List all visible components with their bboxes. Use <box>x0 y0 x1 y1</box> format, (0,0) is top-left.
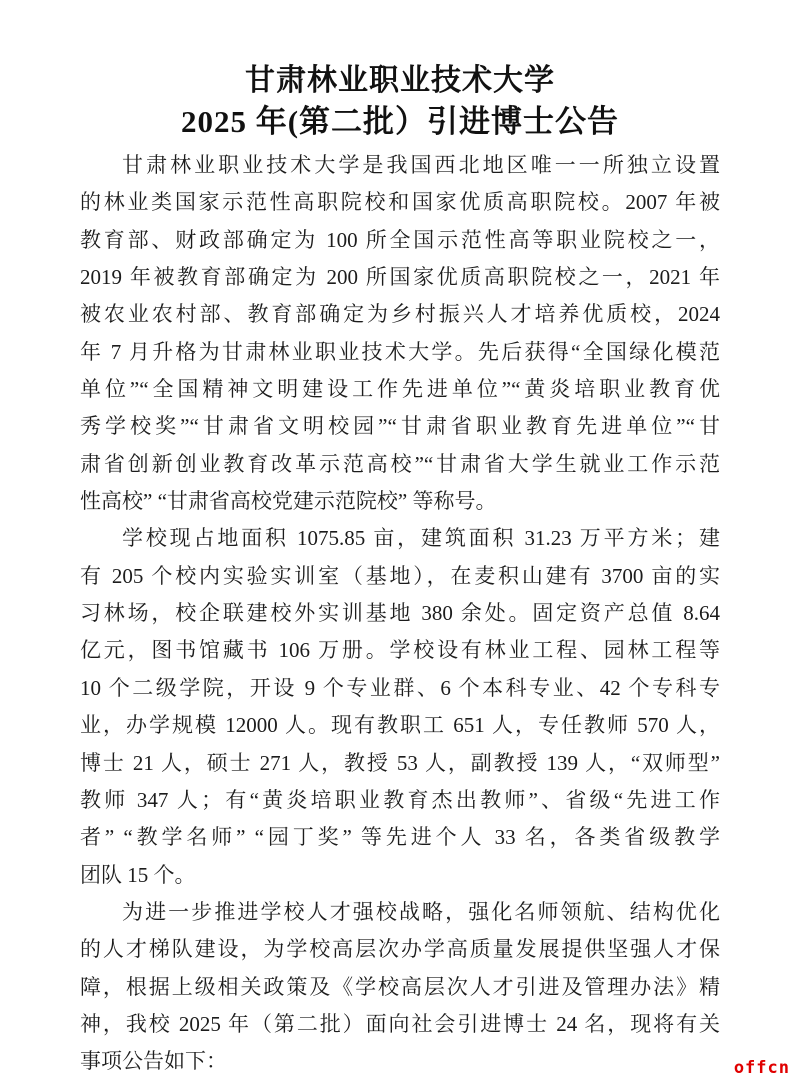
document-page: 甘肃林业职业技术大学 2025 年(第二批）引进博士公告 甘肃林业职业技术大学是… <box>0 0 800 1088</box>
text-line: 的林业类国家示范性高职院校和国家优质高职院校。2007 年被 <box>80 184 720 221</box>
text-line: 为进一步推进学校人才强校战略，强化名师领航、结构优化 <box>80 894 720 931</box>
document-title: 甘肃林业职业技术大学 2025 年(第二批）引进博士公告 <box>0 60 800 142</box>
text-line: 性高校” “甘肃省高校党建示范院校” 等称号。 <box>80 483 720 520</box>
text-line: 2019 年被教育部确定为 200 所国家优质高职院校之一，2021 年 <box>80 259 720 296</box>
text-line: 肃省创新创业教育改革示范高校”“甘肃省大学生就业工作示范 <box>80 446 720 483</box>
offcn-watermark: offcn <box>734 1058 790 1078</box>
text-line: 业，办学规模 12000 人。现有教职工 651 人，专任教师 570 人， <box>80 707 720 744</box>
document-body: 甘肃林业职业技术大学是我国西北地区唯一一所独立设置 的林业类国家示范性高职院校和… <box>80 147 720 1081</box>
text-line: 习林场，校企联建校外实训基地 380 余处。固定资产总值 8.64 <box>80 595 720 632</box>
text-line: 秀学校奖”“甘肃省文明校园”“甘肃省职业教育先进单位”“甘 <box>80 408 720 445</box>
paragraph-school-intro: 甘肃林业职业技术大学是我国西北地区唯一一所独立设置 的林业类国家示范性高职院校和… <box>80 147 720 520</box>
text-line: 团队 15 个。 <box>80 857 720 894</box>
text-line: 单位”“全国精神文明建设工作先进单位”“黄炎培职业教育优 <box>80 371 720 408</box>
text-line: 教育部、财政部确定为 100 所全国示范性高等职业院校之一， <box>80 222 720 259</box>
document-title-line2: 2025 年(第二批）引进博士公告 <box>0 102 800 142</box>
text-line: 事项公告如下： <box>80 1043 720 1080</box>
document-title-line1: 甘肃林业职业技术大学 <box>0 60 800 102</box>
text-line: 教师 347 人；有“黄炎培职业教育杰出教师”、省级“先进工作 <box>80 782 720 819</box>
paragraph-campus-facts: 学校现占地面积 1075.85 亩，建筑面积 31.23 万平方米；建 有 20… <box>80 520 720 893</box>
paragraph-recruitment-intro: 为进一步推进学校人才强校战略，强化名师领航、结构优化 的人才梯队建设，为学校高层… <box>80 894 720 1081</box>
text-line: 神，我校 2025 年（第二批）面向社会引进博士 24 名，现将有关 <box>80 1006 720 1043</box>
text-line: 的人才梯队建设，为学校高层次办学高质量发展提供坚强人才保 <box>80 931 720 968</box>
text-line: 博士 21 人，硕士 271 人，教授 53 人，副教授 139 人，“双师型” <box>80 745 720 782</box>
text-line: 学校现占地面积 1075.85 亩，建筑面积 31.23 万平方米；建 <box>80 520 720 557</box>
text-line: 年 7 月升格为甘肃林业职业技术大学。先后获得“全国绿化模范 <box>80 334 720 371</box>
text-line: 有 205 个校内实验实训室（基地），在麦积山建有 3700 亩的实 <box>80 558 720 595</box>
text-line: 甘肃林业职业技术大学是我国西北地区唯一一所独立设置 <box>80 147 720 184</box>
text-line: 障，根据上级相关政策及《学校高层次人才引进及管理办法》精 <box>80 969 720 1006</box>
text-line: 亿元，图书馆藏书 106 万册。学校设有林业工程、园林工程等 <box>80 632 720 669</box>
text-line: 10 个二级学院，开设 9 个专业群、6 个本科专业、42 个专科专 <box>80 670 720 707</box>
text-line: 者” “教学名师” “园丁奖” 等先进个人 33 名，各类省级教学 <box>80 819 720 856</box>
text-line: 被农业农村部、教育部确定为乡村振兴人才培养优质校，2024 <box>80 296 720 333</box>
